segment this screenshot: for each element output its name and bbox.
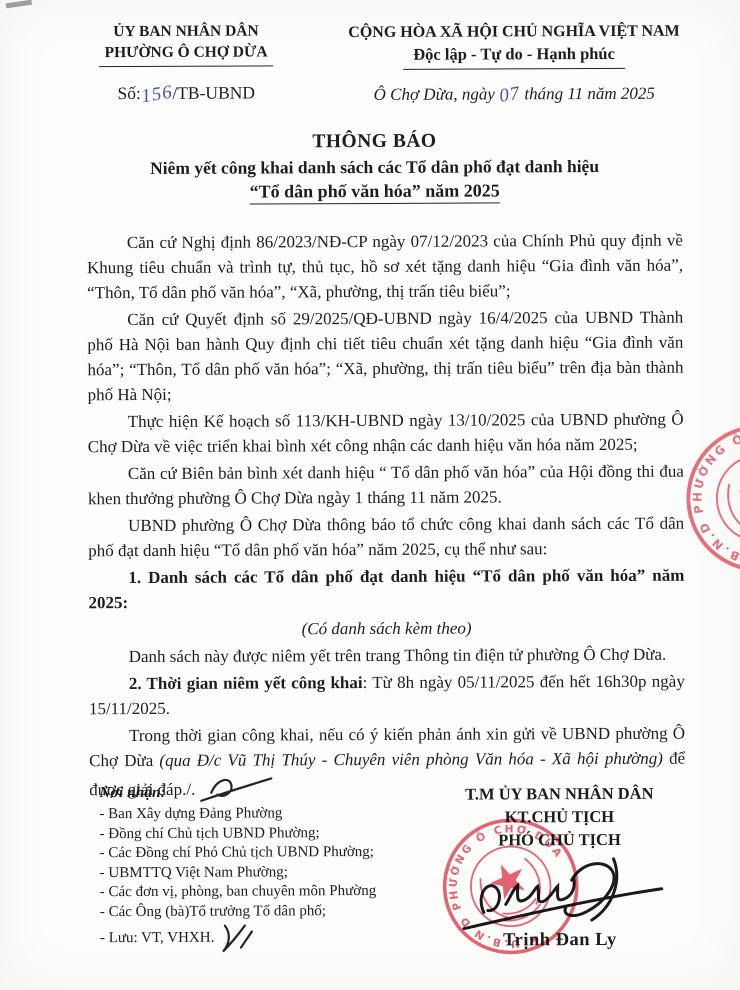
signer-authority: T.M ỦY BAN NHÂN DÂN [411,782,707,806]
document-subject-line2: “Tổ dân phố văn hóa” năm 2025 [250,180,500,204]
national-motto-line2: Độc lập - Tự do - Hạnh phúc [403,43,625,70]
svg-text:U.B.N.D PHƯỜNG Ô CHỢ DỪA: U.B.N.D PHƯỜNG Ô CHỢ DỪA [675,413,740,581]
document-subject-line1: Niêm yết công khai danh sách các Tổ dân … [69,156,681,180]
recipient-item: - Các Đồng chí Phó Chủ tịch UBND Phường; [100,843,430,864]
seal-ring-text: U.B.N.D PHƯỜNG Ô CHỢ DỪA [675,413,740,581]
date-day-handwritten: 07 [498,83,522,108]
issuing-authority: ỦY BAN NHÂN DÂN PHƯỜNG Ô CHỢ DỪA [64,20,308,67]
national-motto-line1: CỘNG HÒA XÃ HỘI CHỦ NGHĨA VIỆT NAM [324,21,704,45]
recipient-item: - Các Ông (bà)Tổ trưởng Tổ dân phố; [100,901,430,922]
date-suffix: tháng 11 năm 2025 [524,84,655,104]
document-title-block: THÔNG BÁO Niêm yết công khai danh sách c… [68,130,680,204]
place-date-line: Ô Chợ Dừa, ngày 07 tháng 11 năm 2025 [324,83,704,107]
date-prefix: Ô Chợ Dừa, ngày [374,84,495,104]
document-body: Căn cứ Nghị định 86/2023/NĐ-CP ngày 07/1… [87,228,686,806]
section-2-heading: 2. Thời gian niêm yết công khai [129,673,363,693]
paragraph-legal-basis-1: Căn cứ Nghị định 86/2023/NĐ-CP ngày 07/1… [87,228,683,306]
emblem-star [485,857,531,902]
authority-line1: ỦY BAN NHÂN DÂN [64,20,308,42]
recipient-item: - Ban Xây dựng Đảng Phường [99,804,429,825]
national-header: CỘNG HÒA XÃ HỘI CHỦ NGHĨA VIỆT NAM Độc l… [324,21,704,71]
doc-number-suffix: /TB-UBND [172,82,255,102]
recipients-label: Nơi nhận: [99,783,429,802]
recipient-item: - Đồng chí Chủ tịch UBND Phường; [99,823,429,844]
document-number: Số:156/TB-UBND [64,82,308,105]
recipient-item-last: - Lưu: VT, VHXH. [100,921,430,956]
paragraph-posting-location: Danh sách này được niêm yết trên trang T… [89,642,685,670]
authority-line2: PHƯỜNG Ô CHỢ DỪA [99,41,274,67]
paragraph-legal-basis-2: Căn cứ Quyết định số 29/2025/QĐ-UBND ngà… [87,305,683,408]
section-1-heading: 1. Danh sách các Tổ dân phố đạt danh hiệ… [88,563,684,616]
paragraph-legal-basis-4: Căn cứ Biên bản bình xét danh hiệu “ Tổ … [88,459,684,512]
scanned-document-page: ỦY BAN NHÂN DÂN PHƯỜNG Ô CHỢ DỪA Số:156/… [0,0,740,990]
scan-artifact [6,0,32,8]
doc-number-label: Số: [117,83,140,103]
document-type-title: THÔNG BÁO [68,130,680,155]
recipient-luu: - Lưu: VT, VHXH. [100,930,214,946]
recipients-block: Nơi nhận: - Ban Xây dựng Đảng Phường - Đ… [99,783,430,956]
attachment-note: (Có danh sách kèm theo) [89,615,685,643]
document-sheet: ỦY BAN NHÂN DÂN PHƯỜNG Ô CHỢ DỪA Số:156/… [0,0,740,990]
feedback-contact: (qua Đ/c Vũ Thị Thúy - Chuyên viên phòng… [159,749,663,770]
paragraph-legal-basis-3: Thực hiện Kế hoạch số 113/KH-UBND ngày 1… [88,407,684,460]
recipient-item: - Các đơn vị, phòng, ban chuyên môn Phườ… [100,882,430,903]
section-2-time: 2. Thời gian niêm yết công khai: Từ 8h n… [89,669,685,722]
recipient-item: - UBMTTQ Việt Nam Phường; [100,862,430,883]
doc-number-handwritten: 156 [139,82,174,109]
paragraph-announcement: UBND phường Ô Chợ Dừa thông báo tổ chức … [88,511,684,564]
handwritten-checkmark [215,922,255,956]
